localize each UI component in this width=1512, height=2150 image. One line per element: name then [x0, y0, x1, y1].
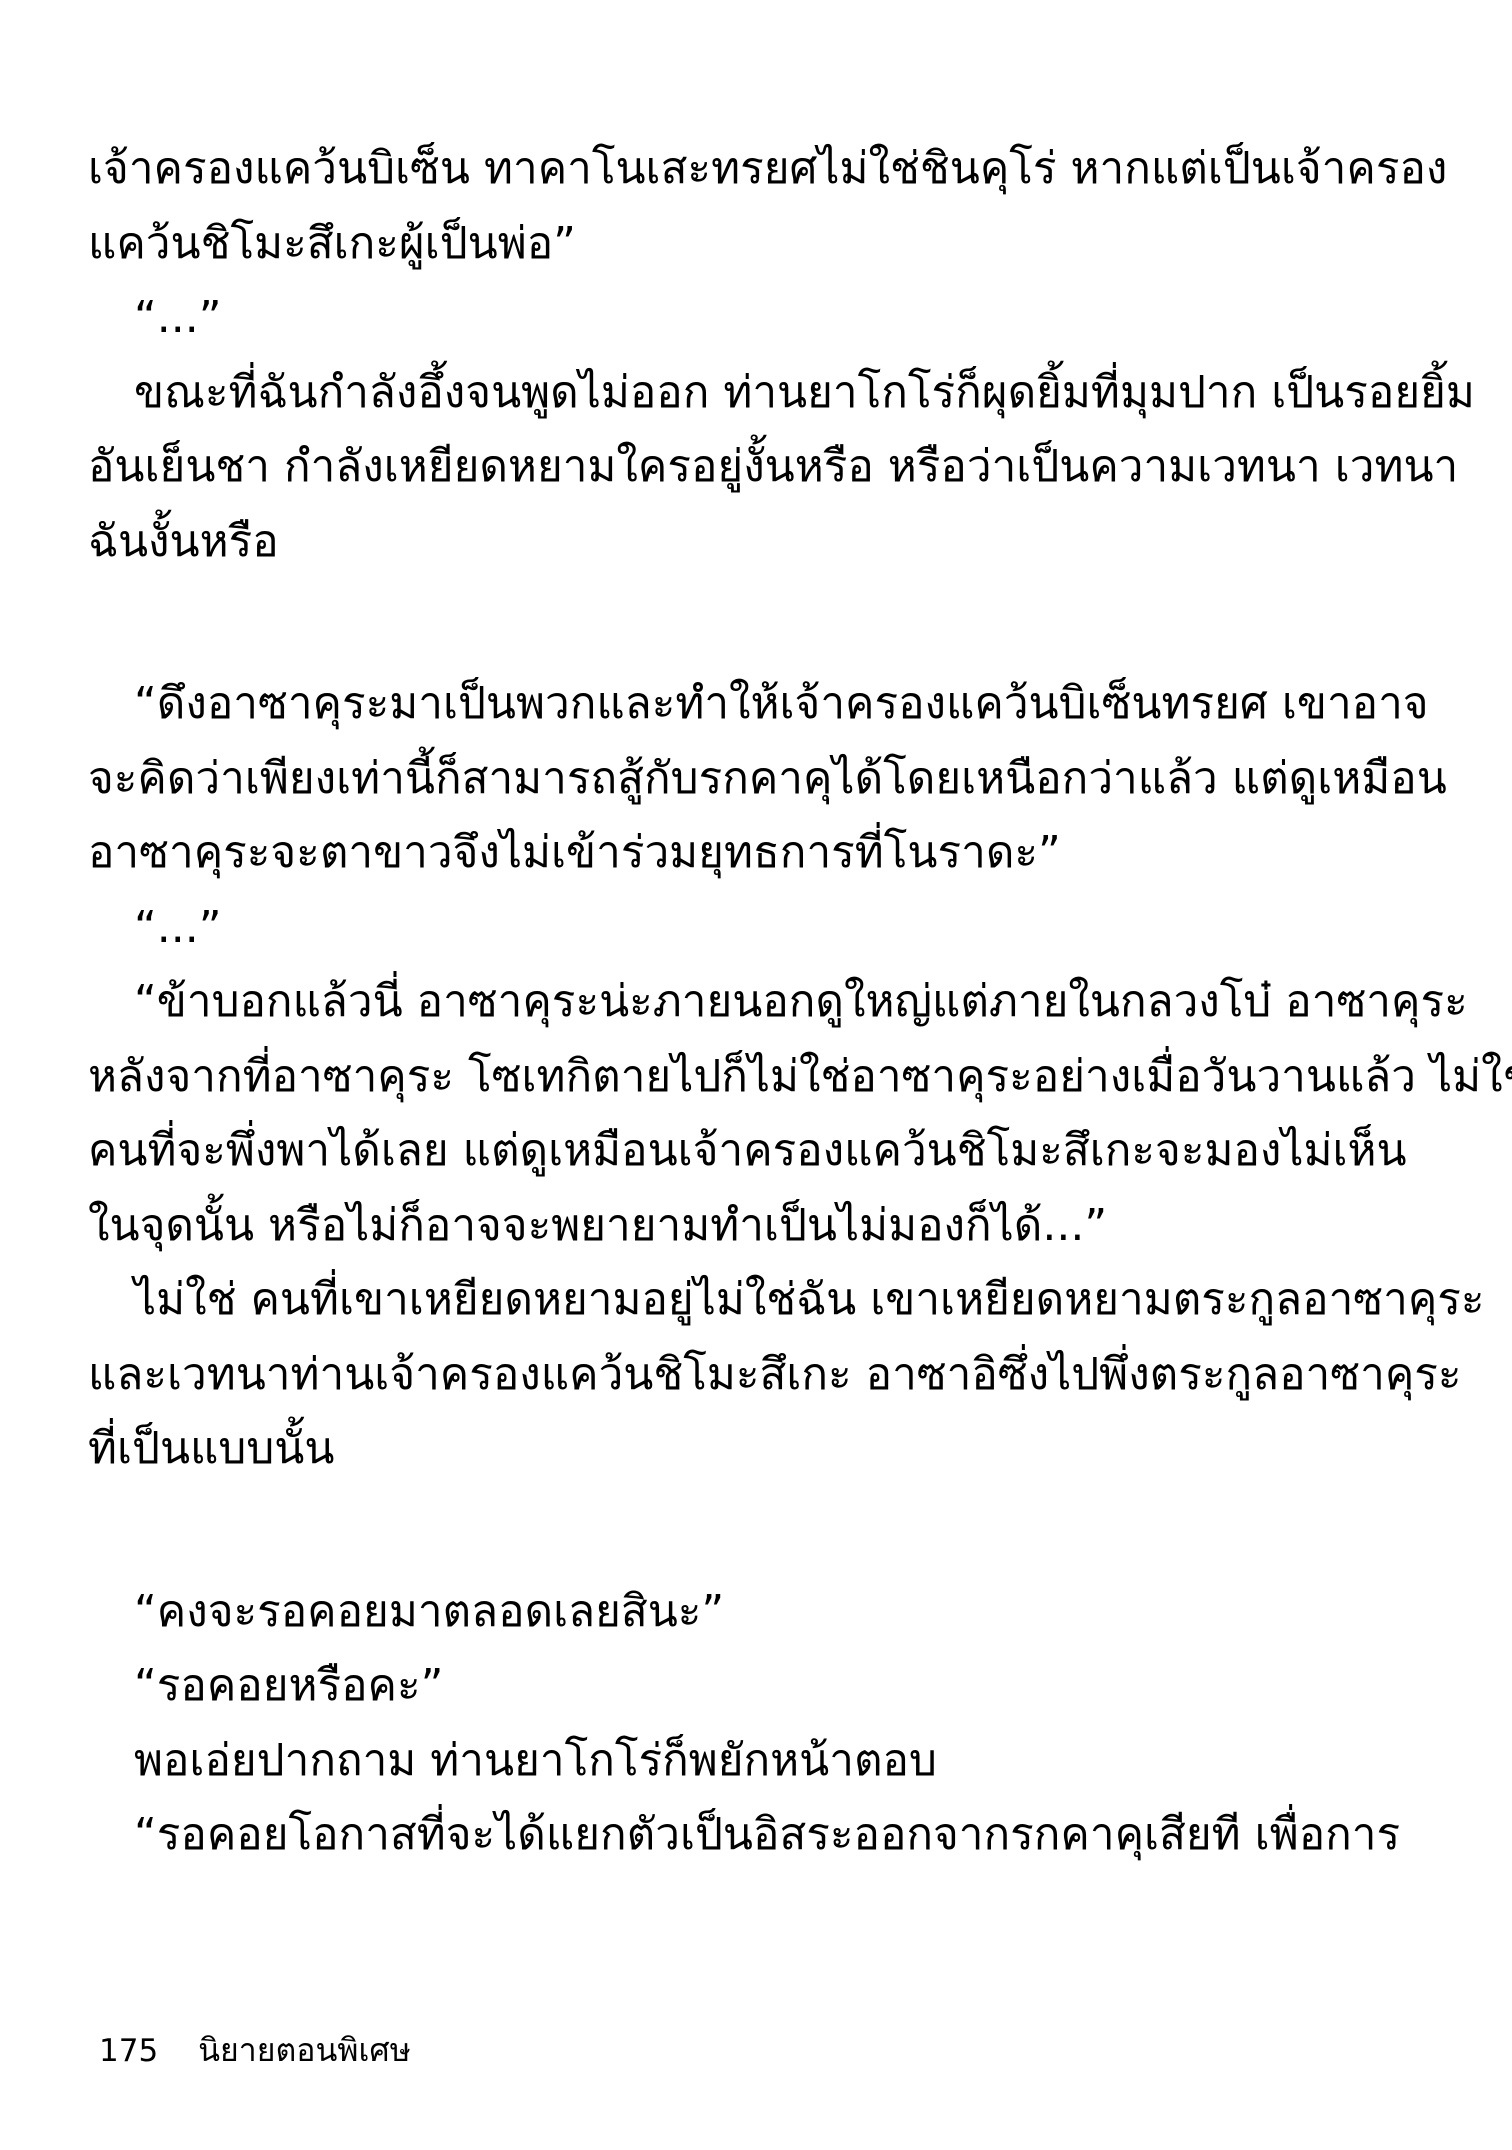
body-line: ฉันงั้นหรือ [88, 505, 1434, 580]
body-line: ขณะที่ฉันกำลังอึ้งจนพูดไม่ออก ท่านยาโกโร… [88, 356, 1434, 431]
body-line: “...” [88, 281, 1434, 356]
body-line: “รอคอยโอกาสที่จะได้แยกตัวเป็นอิสระออกจาก… [88, 1798, 1434, 1873]
body-line: “...” [88, 891, 1434, 966]
body-line: “ดึงอาซาคุระมาเป็นพวกและทำให้เจ้าครองแคว… [88, 667, 1434, 742]
section-title: นิยายตอนพิเศษ [198, 2028, 411, 2072]
body-line: เจ้าครองแคว้นบิเซ็น ทาคาโนเสะทรยศไม่ใช่ช… [88, 132, 1434, 207]
body-line: ไม่ใช่ คนที่เขาเหยียดหยามอยู่ไม่ใช่ฉัน เ… [88, 1263, 1434, 1338]
body-line: แคว้นชิโมะสึเกะผู้เป็นพ่อ” [88, 207, 1434, 282]
body-line: และเวทนาท่านเจ้าครองแคว้นชิโมะสึเกะ อาซา… [88, 1338, 1434, 1413]
body-line: “รอคอยหรือคะ” [88, 1649, 1434, 1724]
body-line: หลังจากที่อาซาคุระ โซเทกิตายไปก็ไม่ใช่อา… [88, 1040, 1434, 1115]
body-line: อันเย็นชา กำลังเหยียดหยามใครอยู่งั้นหรือ… [88, 430, 1434, 505]
body-line: ที่เป็นแบบนั้น [88, 1412, 1434, 1487]
body-line: อาซาคุระจะตาขาวจึงไม่เข้าร่วมยุทธการที่โ… [88, 816, 1434, 891]
body-line: พอเอ่ยปากถาม ท่านยาโกโร่ก็พยักหน้าตอบ [88, 1724, 1434, 1799]
body-line: ในจุดนั้น หรือไม่ก็อาจจะพยายามทำเป็นไม่ม… [88, 1189, 1434, 1264]
body-line: “คงจะรอคอยมาตลอดเลยสินะ” [88, 1575, 1434, 1650]
body-text-block: เจ้าครองแคว้นบิเซ็น ทาคาโนเสะทรยศไม่ใช่ช… [88, 132, 1434, 1873]
body-line: จะคิดว่าเพียงเท่านี้ก็สามารถสู้กับรกคาคุ… [88, 742, 1434, 817]
book-page: เจ้าครองแคว้นบิเซ็น ทาคาโนเสะทรยศไม่ใช่ช… [0, 0, 1512, 2150]
page-footer: 175 นิยายตอนพิเศษ [99, 2028, 411, 2073]
page-number: 175 [99, 2029, 158, 2073]
body-line: “ข้าบอกแล้วนี่ อาซาคุระน่ะภายนอกดูใหญ่แต… [88, 965, 1434, 1040]
body-line: คนที่จะพึ่งพาได้เลย แต่ดูเหมือนเจ้าครองแ… [88, 1114, 1434, 1189]
